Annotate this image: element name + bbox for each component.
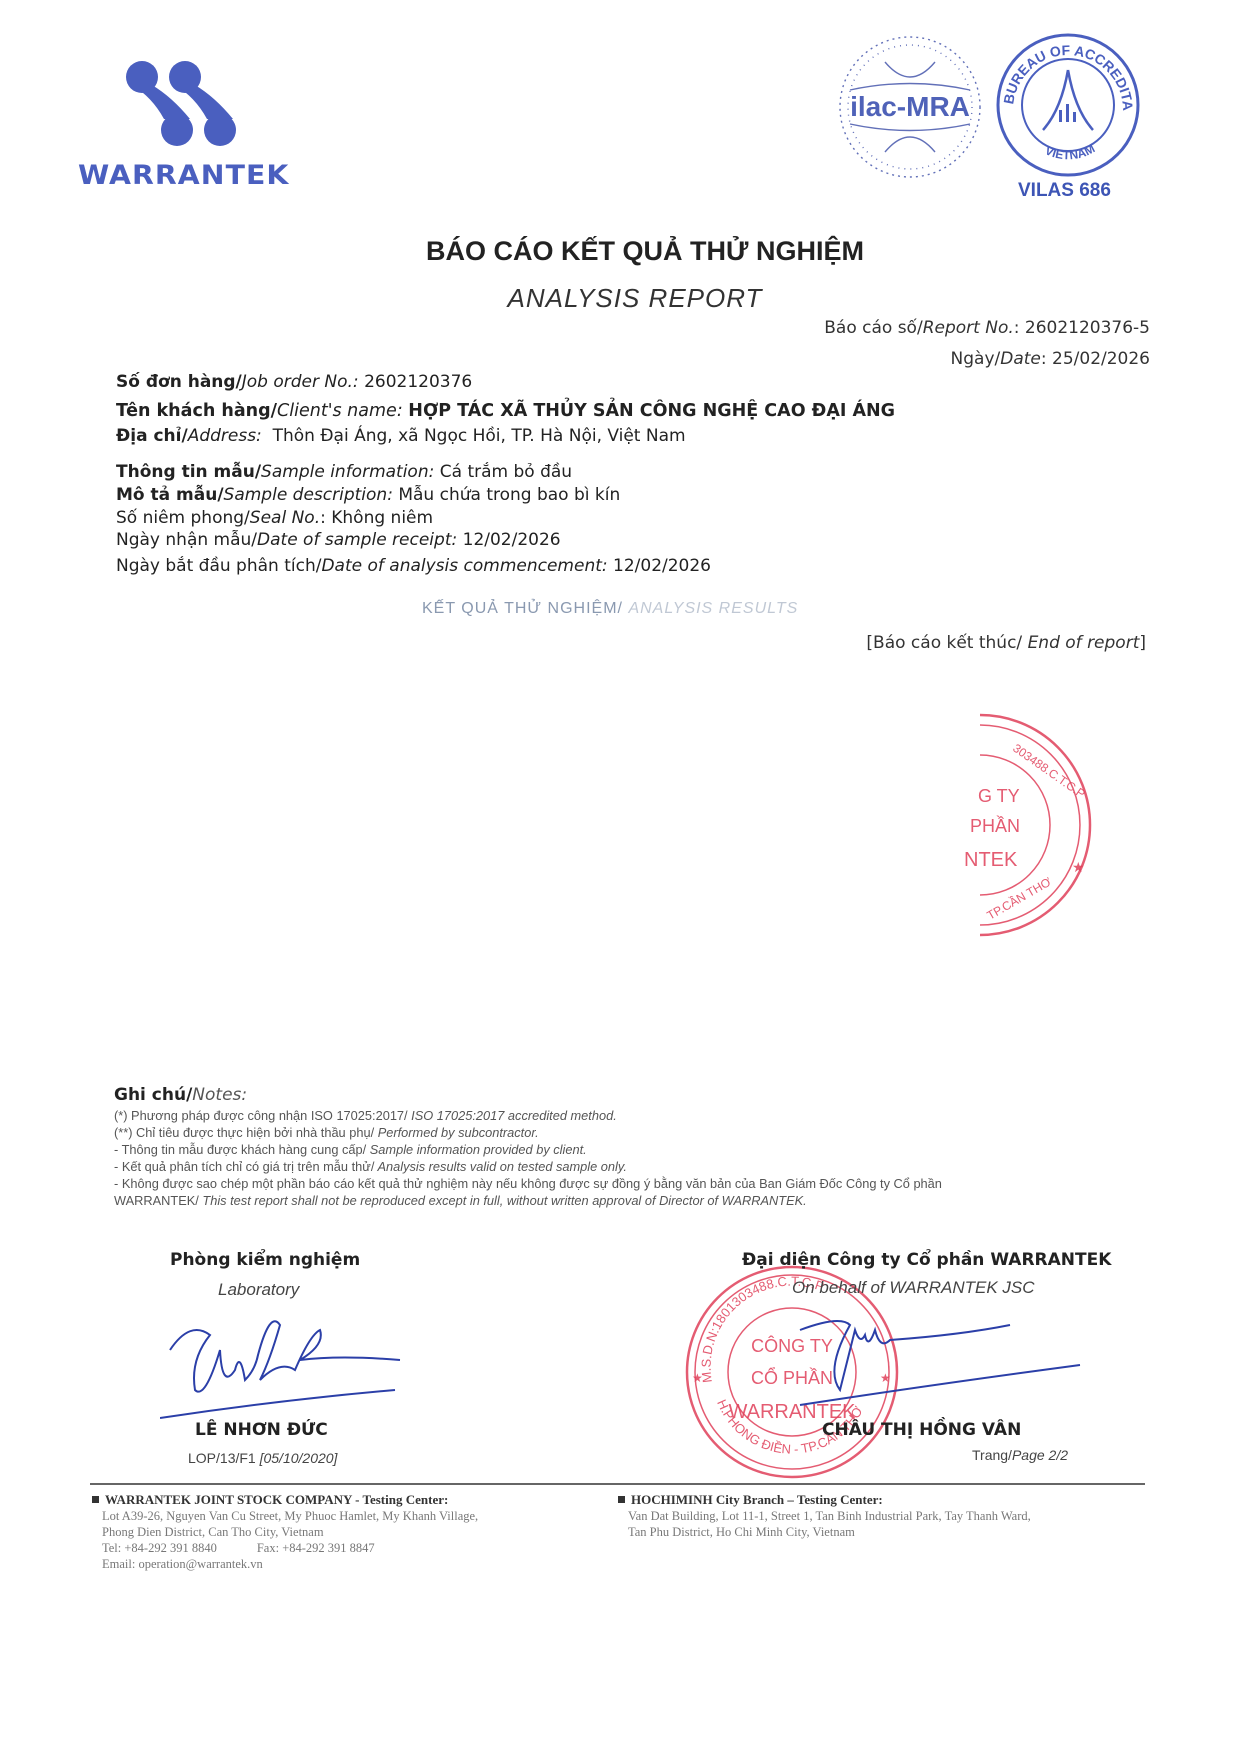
company-stamp-partial-icon: G TY PHẦN NTEK 303488.C.T.C.P ★ TP.CẦN T… [960,710,1120,940]
company-representative-title: Đại diện Công ty Cổ phần WARRANTEK [742,1250,1111,1270]
bullet-square-icon [92,1496,99,1503]
client-name-field: Tên khách hàng/Client's name: HỢP TÁC XÃ… [116,401,895,421]
lab-signatory-name: LÊ NHƠN ĐỨC [195,1420,328,1440]
note-item: (**) Chỉ tiêu được thực hiện bởi nhà thầ… [114,1125,539,1140]
report-date-value: 25/02/2026 [1052,349,1150,369]
report-title-vn: BÁO CÁO KẾT QUẢ THỬ NGHIỆM [0,236,1240,267]
svg-text:BUREAU OF ACCREDITATION: BUREAU OF ACCREDITATION [993,30,1136,111]
receipt-date-value: 12/02/2026 [463,530,561,550]
footer-fax: Fax: +84-292 391 8847 [257,1541,375,1555]
report-title-en: ANALYSIS REPORT [0,283,1240,314]
svg-text:PHẦN: PHẦN [970,815,1020,836]
footer-divider [90,1483,1145,1485]
lab-signature-icon [160,1300,420,1430]
svg-text:G TY: G TY [978,786,1020,806]
report-number-value: 2602120376-5 [1025,318,1150,338]
page-number: Trang/Page 2/2 [972,1447,1068,1463]
note-item: - Kết quả phân tích chỉ có giá trị trên … [114,1159,627,1174]
job-order-field: Số đơn hàng/Job order No.: 2602120376 [116,372,472,392]
bullet-square-icon [618,1496,625,1503]
sample-description-field: Mô tả mẫu/Sample description: Mẫu chứa t… [116,485,620,505]
form-code: LOP/13/F1 [05/10/2020] [188,1450,337,1466]
receipt-date-field: Ngày nhận mẫu/Date of sample receipt: 12… [116,530,561,550]
sample-info-value: Cá trắm bỏ đầu [440,462,572,482]
footer-hcmc-branch: HOCHIMINH City Branch – Testing Center: … [618,1492,1138,1540]
sample-description-value: Mẫu chứa trong bao bì kín [398,485,620,505]
svg-text:VIETNAM: VIETNAM [1043,141,1097,162]
boa-accreditation-seal-icon: BUREAU OF ACCREDITATION VIETNAM [993,30,1143,180]
ilac-mra-seal-icon: ilac-MRA [835,32,985,182]
note-item: - Không được sao chép một phần báo cáo k… [114,1176,942,1191]
notes-title: Ghi chú/Notes: [114,1085,247,1105]
end-of-report-marker: [Báo cáo kết thúc/ End of report] [866,633,1146,653]
analysis-commencement-field: Ngày bắt đầu phân tích/Date of analysis … [116,556,711,576]
representative-signature-icon [780,1290,1090,1420]
seal-number-value: Không niêm [331,508,433,528]
note-item: - Thông tin mẫu được khách hàng cung cấp… [114,1142,587,1157]
svg-text:★: ★ [1072,859,1085,875]
logo-wordmark: WARRANTEK [78,160,289,191]
note-item: (*) Phương pháp được công nhận ISO 17025… [114,1108,617,1123]
client-name-value: HỢP TÁC XÃ THỦY SẢN CÔNG NGHỆ CAO ĐẠI ÁN… [408,401,895,421]
results-heading: KẾT QUẢ THỬ NGHIỆM/ ANALYSIS RESULTS [422,600,798,618]
lab-signatory-title: Phòng kiểm nghiệm [170,1250,360,1270]
note-item: WARRANTEK/ This test report shall not be… [114,1193,807,1208]
footer-email: Email: operation@warrantek.vn [92,1556,612,1572]
vilas-accreditation-number: VILAS 686 [1018,180,1111,202]
sample-info-field: Thông tin mẫu/Sample information: Cá trắ… [116,462,572,482]
report-date: Ngày/Date: 25/02/2026 [951,349,1150,369]
svg-text:NTEK: NTEK [964,849,1018,871]
job-order-value: 2602120376 [364,372,472,392]
footer-tel: Tel: +84-292 391 8840 [102,1541,217,1555]
address-field: Địa chỉ/Address: Thôn Đại Áng, xã Ngọc H… [116,426,686,446]
report-number: Báo cáo số/Report No.: 2602120376-5 [824,318,1150,338]
company-representative-name: CHÂU THỊ HỒNG VÂN [822,1420,1021,1440]
lab-signatory-subtitle: Laboratory [218,1280,299,1300]
svg-text:★: ★ [692,1371,703,1385]
svg-text:ilac-MRA: ilac-MRA [850,91,970,122]
analysis-commencement-value: 12/02/2026 [613,556,711,576]
seal-number-field: Số niêm phong/Seal No.: Không niêm [116,508,433,528]
footer-head-office: WARRANTEK JOINT STOCK COMPANY - Testing … [92,1492,612,1572]
address-value: Thôn Đại Áng, xã Ngọc Hồi, TP. Hà Nội, V… [273,426,686,446]
